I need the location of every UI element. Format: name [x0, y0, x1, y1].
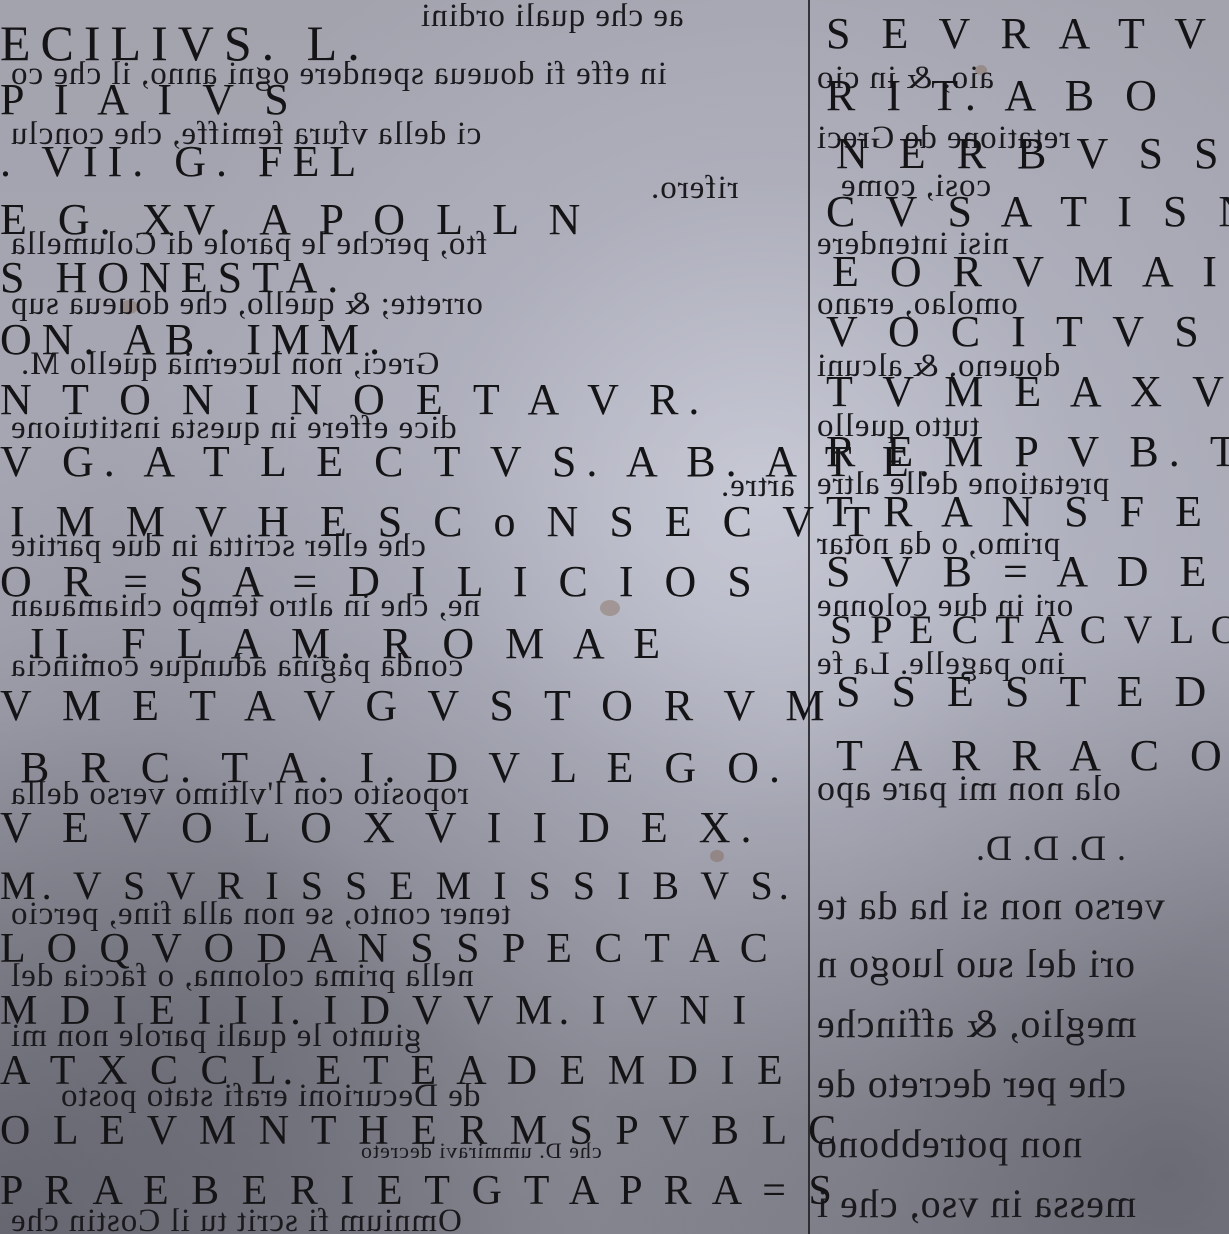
inscription-line: S S E S T E D	[836, 670, 1216, 714]
inscription-line: T R A N S F E R	[826, 490, 1229, 534]
inscription-line: T V M E A X V	[826, 370, 1229, 414]
inscription-line: T A R R A C O N	[836, 734, 1229, 778]
inscription-line: S V B = A D E	[826, 550, 1216, 594]
inscription-line: C V S A T I S N T Q	[826, 190, 1229, 234]
inscription-line: V O C I T V S F	[826, 310, 1229, 354]
right-inscription: S E V R A T V S R I T. A B O N E R B V S…	[0, 0, 1229, 1234]
inscription-line: R E M P V B. T	[826, 430, 1229, 474]
inscription-line: S E V R A T V S	[826, 12, 1229, 56]
inscription-line: E O R V M A I	[832, 250, 1227, 294]
inscription-line: S P E C T A C V L O	[830, 610, 1229, 650]
inscription-line: N E R B V S S E	[836, 132, 1229, 176]
inscription-line: R I T. A B O	[826, 74, 1167, 118]
